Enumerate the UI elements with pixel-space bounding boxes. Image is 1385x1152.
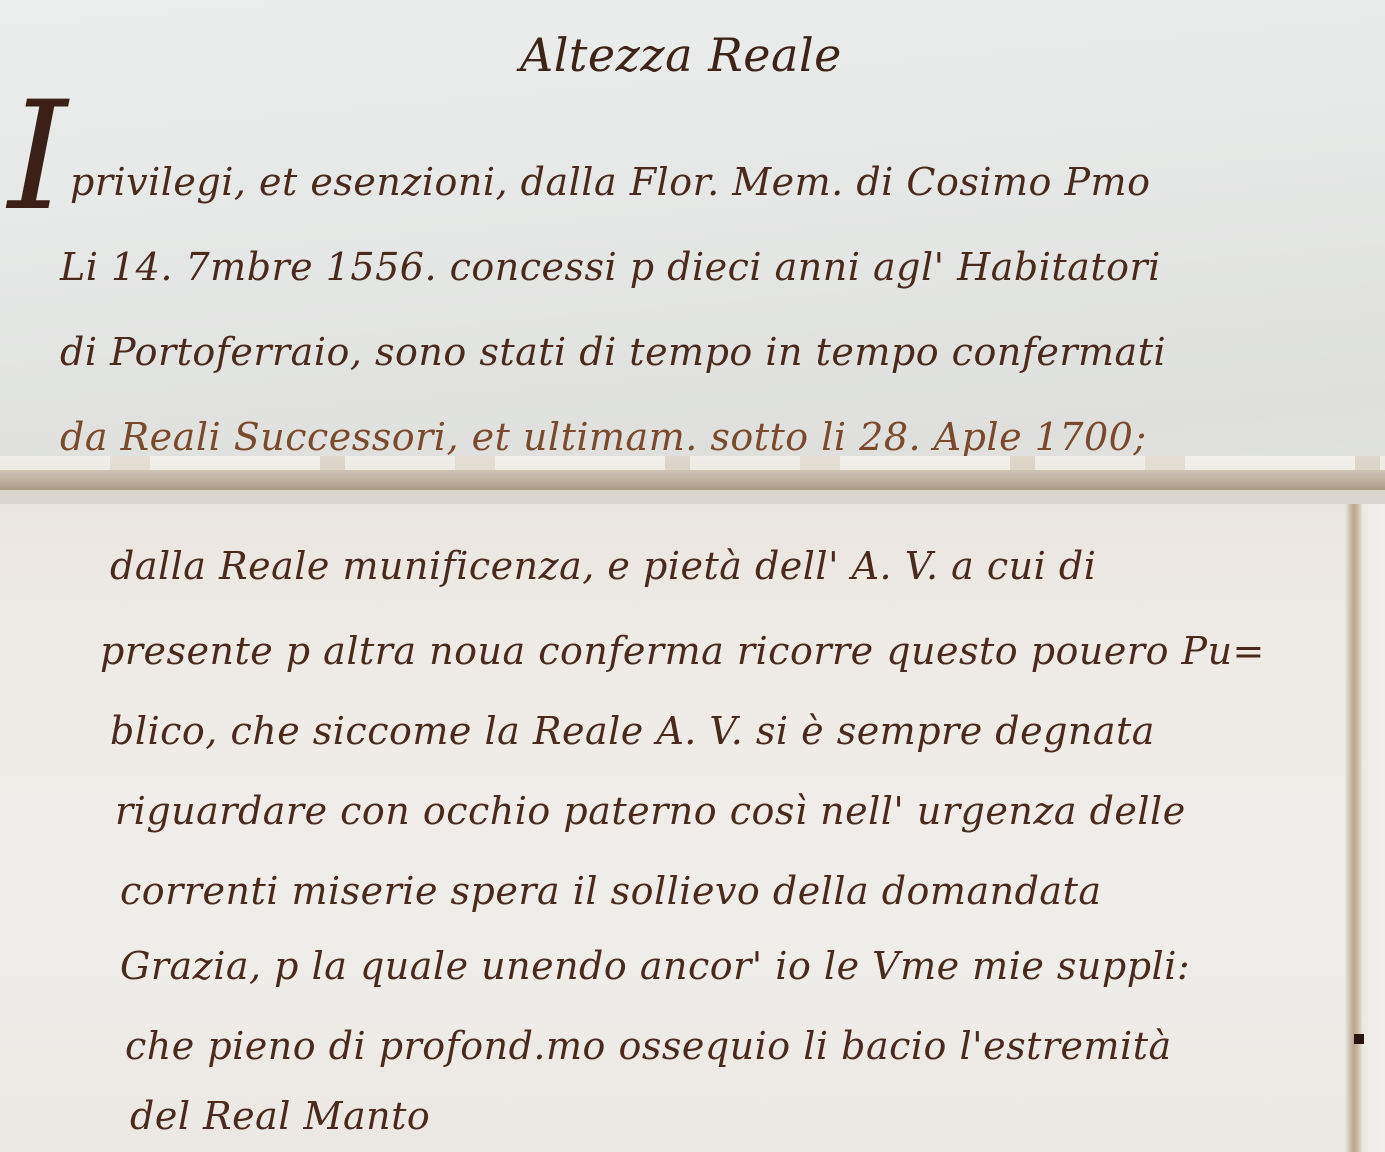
bottom-manuscript-fragment: dalla Reale munificenza, e pietà dell' A… [0, 504, 1385, 1152]
manuscript-line-6: presente p altra noua conferma ricorre q… [100, 629, 1265, 673]
salutation-title: Altezza Reale [520, 28, 842, 82]
manuscript-line-5: dalla Reale munificenza, e pietà dell' A… [110, 544, 1096, 588]
manuscript-line-7: blico, che siccome la Reale A. V. si è s… [110, 709, 1155, 753]
manuscript-line-10: Grazia, p la quale unendo ancor' io le V… [120, 944, 1190, 988]
manuscript-line-3: di Portoferraio, sono stati di tempo in … [60, 330, 1166, 374]
margin-ink-mark [1354, 1034, 1364, 1044]
manuscript-line-8: riguardare con occhio paterno così nell'… [115, 789, 1186, 833]
manuscript-line-9: correnti miserie spera il sollievo della… [120, 869, 1102, 913]
manuscript-line-12: del Real Manto [130, 1094, 430, 1138]
manuscript-line-1: privilegi, et esenzioni, dalla Flor. Mem… [70, 160, 1150, 204]
manuscript-line-11: che pieno di profond.mo ossequio li baci… [125, 1024, 1172, 1068]
top-manuscript-fragment: Altezza Reale I privilegi, et esenzioni,… [0, 0, 1385, 490]
dropcap-initial: I [8, 82, 67, 232]
manuscript-line-4: da Reali Successori, et ultimam. sotto l… [60, 415, 1147, 459]
torn-paper-edge [0, 456, 1385, 490]
manuscript-line-2: Li 14. 7mbre 1556. concessi p dieci anni… [60, 245, 1161, 289]
page-binding-edge [1345, 504, 1385, 1152]
